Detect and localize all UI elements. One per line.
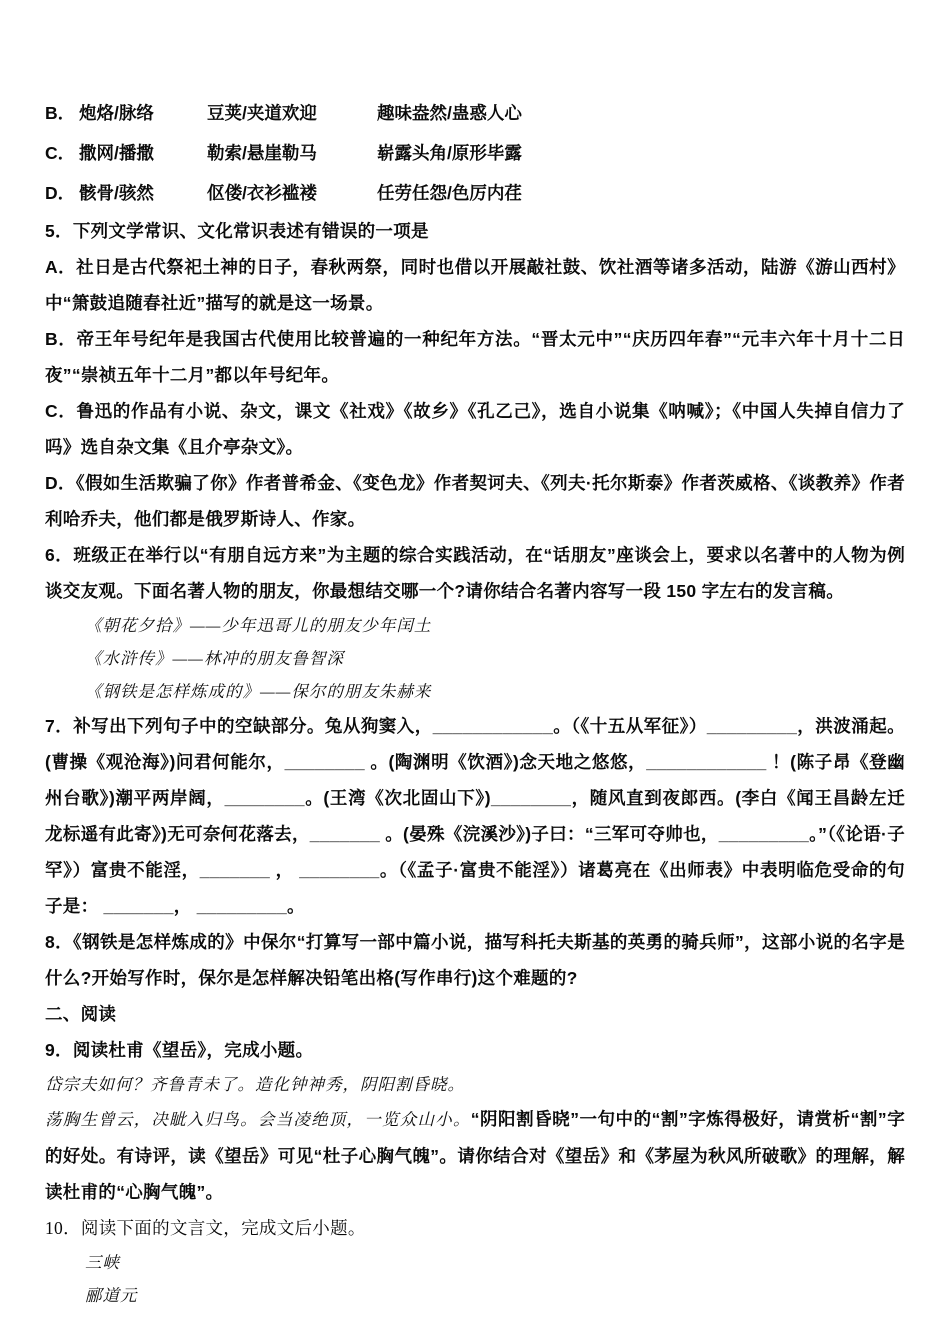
q8-text: 8．《钢铁是怎样炼成的》中保尔“打算写一部中篇小说，描写科托夫斯基的英勇的骑兵师…: [45, 924, 905, 996]
option-word-pair-2: 伛偻/衣衫褴褛: [207, 173, 377, 213]
q5-option-d: D．《假如生活欺骗了你》作者普希金、《变色龙》作者契诃夫、《列夫·托尔斯泰》作者…: [45, 465, 905, 537]
q5-option-b: B．帝王年号纪年是我国古代使用比较普遍的一种纪年方法。“晋太元中”“庆历四年春”…: [45, 321, 905, 393]
q9-stem: 9．阅读杜甫《望岳》，完成小题。: [45, 1032, 905, 1068]
option-label-d: D．: [45, 173, 79, 213]
exam-document-page: B． 炮烙/脉络 豆荚/夹道欢迎 趣味盎然/蛊惑人心 C． 撒网/播撒 勒索/悬…: [0, 0, 950, 1344]
q9-poem-line-2: 荡胸生曾云，决眦入归鸟。会当凌绝顶，一览众山小。: [45, 1110, 471, 1129]
q4-option-row-b: B． 炮烙/脉络 豆荚/夹道欢迎 趣味盎然/蛊惑人心: [45, 93, 905, 133]
option-word-pair-2: 豆荚/夹道欢迎: [207, 93, 377, 133]
option-word-pair-3: 趣味盎然/蛊惑人心: [377, 93, 905, 133]
q10-passage-author: 郦道元: [45, 1279, 905, 1312]
option-word-pair-3: 崭露头角/原形毕露: [377, 133, 905, 173]
option-word-pair-1: 炮烙/脉络: [79, 93, 207, 133]
q5-option-a: A．社日是古代祭祀土神的日子，春秋两祭，同时也借以开展敲社鼓、饮社酒等诸多活动，…: [45, 249, 905, 321]
q9-poem-and-question: 荡胸生曾云，决眦入归鸟。会当凌绝顶，一览众山小。“阴阳割昏晓”一句中的“割”字炼…: [45, 1101, 905, 1210]
option-label-c: C．: [45, 133, 79, 173]
q6-stem: 6．班级正在举行以“有朋自远方来”为主题的综合实践活动，在“话朋友”座谈会上，要…: [45, 537, 905, 609]
option-word-pair-3: 任劳任怨/色厉内荏: [377, 173, 905, 213]
q6-book-friend-item-1: 《朝花夕拾》——少年迅哥儿的朋友少年闰土: [45, 609, 905, 642]
q4-option-row-d: D． 骸骨/骇然 伛偻/衣衫褴褛 任劳任怨/色厉内荏: [45, 173, 905, 213]
option-word-pair-1: 撒网/播撒: [79, 133, 207, 173]
option-word-pair-2: 勒索/悬崖勒马: [207, 133, 377, 173]
q10-passage-title: 三峡: [45, 1246, 905, 1279]
q6-book-friend-item-2: 《水浒传》——林冲的朋友鲁智深: [45, 642, 905, 675]
option-word-pair-1: 骸骨/骇然: [79, 173, 207, 213]
q4-option-row-c: C． 撒网/播撒 勒索/悬崖勒马 崭露头角/原形毕露: [45, 133, 905, 173]
q10-stem: 10．阅读下面的文言文，完成文后小题。: [45, 1210, 905, 1246]
q5-stem: 5．下列文学常识、文化常识表述有错误的一项是: [45, 213, 905, 249]
option-label-b: B．: [45, 93, 79, 133]
q6-book-friend-item-3: 《钢铁是怎样炼成的》——保尔的朋友朱赫来: [45, 675, 905, 708]
q9-poem-line-1: 岱宗夫如何？齐鲁青未了。造化钟神秀，阴阳割昏晓。: [45, 1068, 905, 1101]
q5-option-c: C．鲁迅的作品有小说、杂文，课文《社戏》《故乡》《孔乙己》，选自小说集《呐喊》；…: [45, 393, 905, 465]
q7-fill-in-blanks: 7．补写出下列句子中的空缺部分。兔从狗窦入，____________。（《十五从…: [45, 708, 905, 924]
section-2-heading: 二、阅读: [45, 996, 905, 1032]
